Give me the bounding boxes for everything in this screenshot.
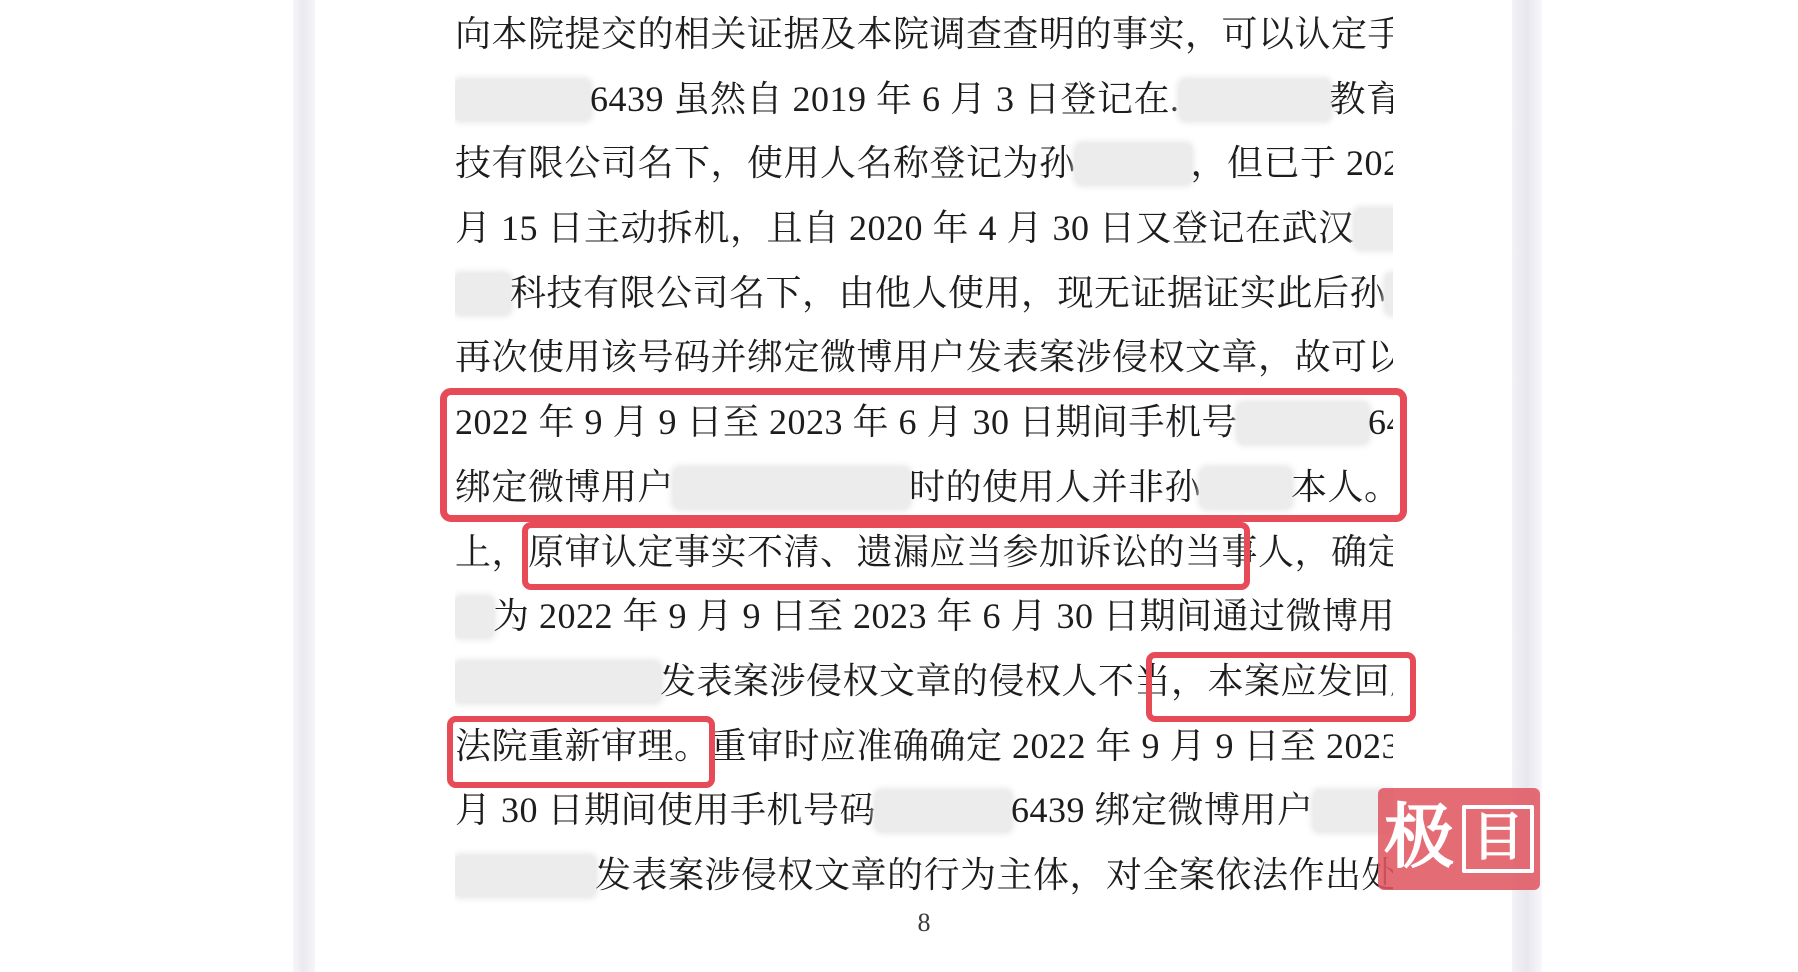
jimu-watermark-logo: 极 目 bbox=[1378, 788, 1540, 890]
line-text: 发表案涉侵权文章的侵权人不当，本案应发回原审 bbox=[660, 661, 1393, 701]
redaction-patch bbox=[674, 468, 909, 508]
line-text: 科技有限公司名下，由他人使用，现无证据证实此后孙 bbox=[510, 273, 1386, 313]
line-text: ，但已于 2020 年 1 bbox=[1191, 143, 1393, 183]
redaction-patch bbox=[1386, 274, 1393, 314]
document-body: 向本院提交的相关证据及本院调查查明的事实，可以认定手机号 6439 虽然自 20… bbox=[455, 2, 1393, 908]
document-line: 再次使用该号码并绑定微博用户发表案涉侵权文章，故可以认定 bbox=[455, 325, 1393, 390]
document-line: 技有限公司名下，使用人名称登记为孙，但已于 2020 年 1 bbox=[455, 131, 1393, 196]
line-text: 技有限公司名下，使用人名称登记为孙 bbox=[455, 143, 1076, 183]
redaction-patch bbox=[455, 597, 493, 637]
watermark-char-right: 目 bbox=[1462, 805, 1534, 873]
document-line: 月 30 日期间使用手机号码6439 绑定微博用户 bbox=[455, 778, 1393, 843]
document-line: 绑定微博用户时的使用人并非孙本人。综 bbox=[455, 455, 1393, 520]
redaction-patch bbox=[1355, 209, 1393, 249]
redaction-patch bbox=[1180, 80, 1330, 120]
document-line: 6439 虽然自 2019 年 6 月 3 日登记在.教育科 bbox=[455, 67, 1393, 132]
line-text: 6439 绑定微博用户 bbox=[1011, 790, 1314, 830]
page-left-edge bbox=[293, 0, 315, 972]
watermark-char-left: 极 bbox=[1384, 804, 1454, 874]
document-line: 发表案涉侵权文章的行为主体，对全案依法作出处理。 bbox=[455, 843, 1393, 908]
line-text: 再次使用该号码并绑定微博用户发表案涉侵权文章，故可以认定 bbox=[455, 337, 1393, 377]
redaction-patch bbox=[1076, 144, 1191, 184]
redaction-patch bbox=[455, 80, 590, 120]
redaction-patch bbox=[1238, 403, 1368, 443]
line-text: 6439 虽然自 2019 年 6 月 3 日登记在. bbox=[590, 79, 1180, 119]
document-line: 为 2022 年 9 月 9 日至 2023 年 6 月 30 日期间通过微博用… bbox=[455, 584, 1393, 649]
line-text: 本人。综 bbox=[1291, 467, 1393, 507]
document-line: 向本院提交的相关证据及本院调查查明的事实，可以认定手机号 bbox=[455, 2, 1393, 67]
line-text: 为 2022 年 9 月 9 日至 2023 年 6 月 30 日期间通过微博用… bbox=[493, 596, 1393, 636]
document-line: 上，原审认定事实不清、遗漏应当参加诉讼的当事人，确定孙 bbox=[455, 520, 1393, 585]
redaction-patch bbox=[876, 791, 1011, 831]
line-text: 发表案涉侵权文章的行为主体，对全案依法作出处理。 bbox=[595, 855, 1393, 895]
line-text: 2022 年 9 月 9 日至 2023 年 6 月 30 日期间手机号 bbox=[455, 402, 1238, 442]
redaction-patch bbox=[455, 662, 660, 702]
document-line: 法院重新审理。重审时应准确确定 2022 年 9 月 9 日至 2023 年 6 bbox=[455, 714, 1393, 779]
document-line: 发表案涉侵权文章的侵权人不当，本案应发回原审 bbox=[455, 649, 1393, 714]
line-text: 法院重新审理。重审时应准确确定 2022 年 9 月 9 日至 2023 年 6 bbox=[455, 726, 1393, 766]
document-line: 2022 年 9 月 9 日至 2023 年 6 月 30 日期间手机号6439 bbox=[455, 390, 1393, 455]
line-text: 教育科 bbox=[1330, 79, 1393, 119]
line-text: 上，原审认定事实不清、遗漏应当参加诉讼的当事人，确定孙 bbox=[455, 532, 1393, 572]
line-text: 绑定微博用户 bbox=[455, 467, 674, 507]
line-text: 向本院提交的相关证据及本院调查查明的事实，可以认定手机号 bbox=[455, 14, 1393, 54]
line-text: 时的使用人并非孙 bbox=[909, 467, 1201, 507]
redaction-patch bbox=[455, 856, 595, 896]
redaction-patch bbox=[1201, 468, 1291, 508]
line-text: 月 15 日主动拆机，且自 2020 年 4 月 30 日又登记在武汉 bbox=[455, 208, 1355, 248]
line-text: 6439 bbox=[1368, 402, 1393, 442]
document-line: 月 15 日主动拆机，且自 2020 年 4 月 30 日又登记在武汉 bbox=[455, 196, 1393, 261]
page-number: 8 bbox=[455, 908, 1393, 938]
document-line: 科技有限公司名下，由他人使用，现无证据证实此后孙又 bbox=[455, 261, 1393, 326]
redaction-patch bbox=[455, 274, 510, 314]
line-text: 月 30 日期间使用手机号码 bbox=[455, 790, 876, 830]
